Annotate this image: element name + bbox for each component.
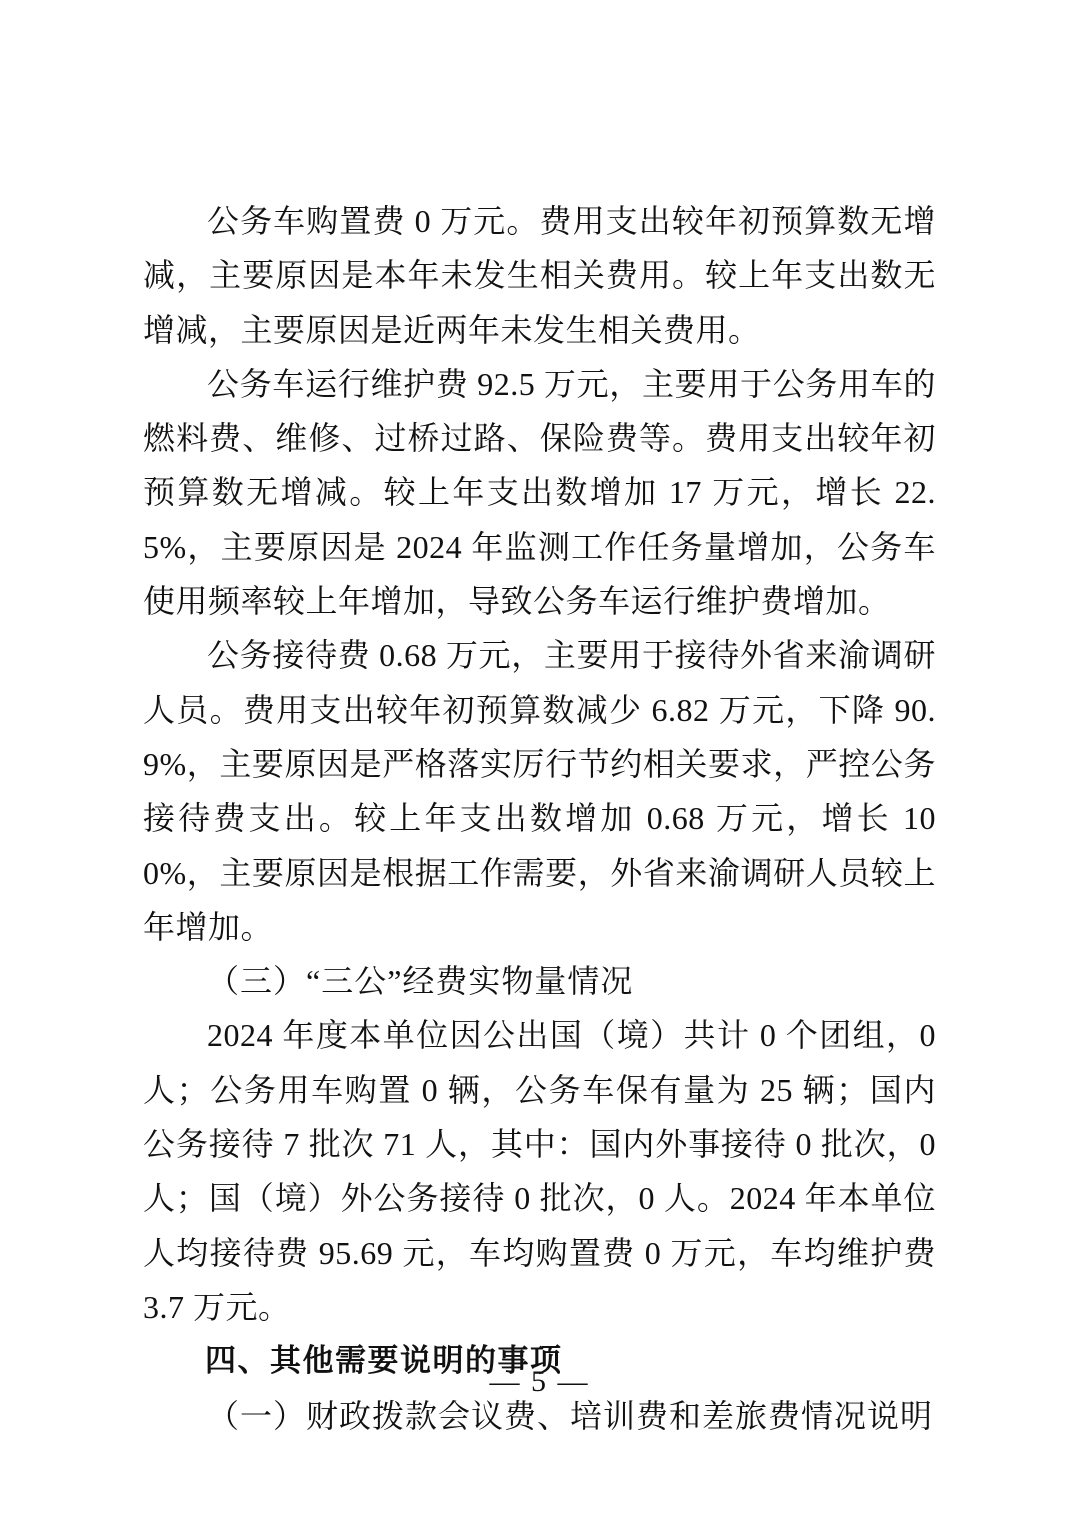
paragraph-official-reception: 公务接待费 0.68 万元，主要用于接待外省来渝调研人员。费用支出较年初预算数减… [143, 628, 936, 954]
document-body: 公务车购置费 0 万元。费用支出较年初预算数无增减，主要原因是本年未发生相关费用… [143, 194, 936, 1443]
paragraph-vehicle-maintenance: 公务车运行维护费 92.5 万元，主要用于公务用车的燃料费、维修、过桥过路、保险… [143, 357, 936, 628]
paragraph-expense-quantities-detail: 2024 年度本单位因公出国（境）共计 0 个团组，0 人；公务用车购置 0 辆… [143, 1008, 936, 1334]
heading-three-public-expense-quantities: （三）“三公”经费实物量情况 [143, 954, 936, 1008]
page-number: — 5 — [143, 1355, 936, 1409]
paragraph-vehicle-purchase: 公务车购置费 0 万元。费用支出较年初预算数无增减，主要原因是本年未发生相关费用… [143, 194, 936, 357]
document-page: 公务车购置费 0 万元。费用支出较年初预算数无增减，主要原因是本年未发生相关费用… [0, 0, 1075, 1520]
